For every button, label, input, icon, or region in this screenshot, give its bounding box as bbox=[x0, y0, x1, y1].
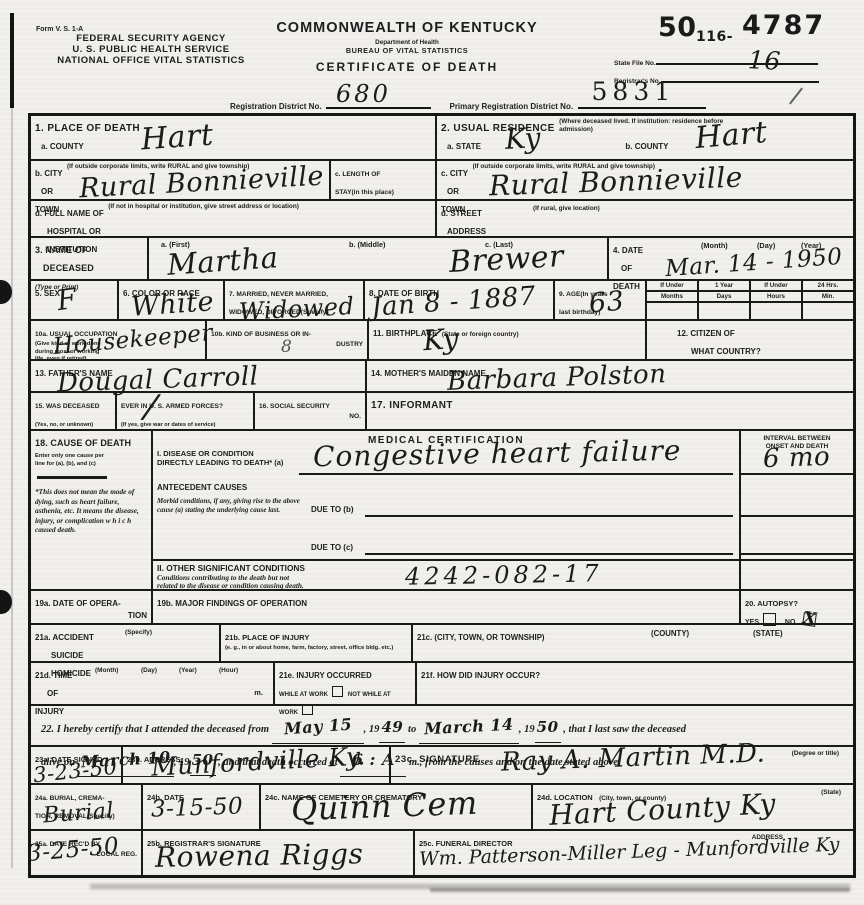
row-burial: 24a. BURIAL, CREMA- TION, REMOVAL(Specif… bbox=[31, 785, 853, 831]
state-file-label: State File No. bbox=[614, 60, 656, 67]
certify-from-value: May 15 bbox=[283, 709, 353, 746]
agency-line-3: NATIONAL OFFICE VITAL STATISTICS bbox=[36, 55, 266, 66]
due-to-b-label: DUE TO (b) bbox=[311, 505, 354, 514]
res-city-l2: OR bbox=[447, 187, 459, 196]
cell-armed-forces-1: 15. WAS DECEASED (Yes, no, or unknown) bbox=[31, 393, 117, 429]
age-subcol-min-h2: Min. bbox=[803, 292, 853, 303]
how-injury-label: 21f. HOW DID INJURY OCCUR? bbox=[421, 671, 540, 680]
cell-citizen: 12. CITIZEN OF WHAT COUNTRY? bbox=[647, 321, 853, 359]
operation-date-l1: 19a. DATE OF OPERA- bbox=[35, 599, 121, 608]
age-l1: 9. AGE(In years bbox=[559, 291, 608, 298]
dod-day-label: (Day) bbox=[757, 241, 775, 250]
interval-l2: ONSET AND DEATH bbox=[741, 443, 853, 451]
street-l1: d. STREET bbox=[441, 209, 482, 218]
row-injury-2: 21d. TIME (Month) (Day) (Year) (Hour) OF… bbox=[31, 663, 853, 706]
injury-while-label: WHILE AT WORK bbox=[279, 692, 328, 698]
birthplace-paren: (State or foreign country) bbox=[442, 331, 519, 338]
cell-medical-certification-main: MEDICAL CERTIFICATION I. DISEASE OR COND… bbox=[153, 431, 741, 589]
name-l1: 3. NAME OF bbox=[35, 245, 88, 255]
row-occupation: 10a. USUAL OCCUPATION (Give kind of work… bbox=[31, 321, 853, 361]
certify-part2: , that I last saw the deceased bbox=[563, 724, 686, 735]
operation-date-l2: TION bbox=[128, 611, 147, 621]
armed-l2: (Yes, no, or unknown) bbox=[35, 422, 93, 428]
interval-line-c bbox=[741, 553, 853, 555]
age-l2: last birthday) bbox=[559, 309, 600, 316]
primary-reg-blank: 5831 bbox=[578, 97, 706, 109]
marital-l2: WIDOWED, DIVORCED(Specify) bbox=[229, 309, 329, 316]
date-received-l2: LOCAL REG. bbox=[96, 851, 137, 859]
cell-sex: 5. SEX F bbox=[31, 281, 119, 319]
certify-part1: 22. I hereby certify that I attended the… bbox=[41, 724, 269, 735]
age-subcol-months-h2: Months bbox=[647, 292, 697, 303]
injury-occurred-label: 21e. INJURY OCCURRED bbox=[279, 671, 372, 680]
antecedent-label: ANTECEDENT CAUSES bbox=[157, 483, 247, 492]
cell-interval: INTERVAL BETWEEN ONSET AND DEATH 6 mo bbox=[741, 431, 853, 589]
armed-l3: EVER IN U. S. ARMED FORCES? bbox=[121, 403, 223, 410]
place-city-paren: (If outside corporate limits, write RURA… bbox=[67, 163, 282, 171]
form-number: Form V. S. 1-A bbox=[36, 26, 266, 33]
page-edge-line bbox=[10, 13, 14, 108]
age-subcol-months: If Under Months bbox=[647, 281, 699, 319]
certify-y2: 50 bbox=[537, 712, 559, 742]
while-at-work-checkbox bbox=[332, 686, 343, 697]
reg-district-label: Registration District No. bbox=[230, 102, 322, 111]
medical-certification-title: MEDICAL CERTIFICATION bbox=[153, 435, 739, 446]
business-l1: 10b. KIND OF BUSINESS OR IN- bbox=[211, 331, 311, 338]
row-injury-1: 21a. ACCIDENT (Specify) SUICIDE HOMICIDE… bbox=[31, 625, 853, 663]
place-injury-paren: (e. g., in or about home, farm, factory,… bbox=[225, 645, 395, 653]
stamp-4787: 4787 bbox=[742, 10, 825, 41]
birthplace-value: Ky bbox=[422, 322, 460, 357]
color-race-label: 6. COLOR OR RACE bbox=[123, 289, 200, 298]
mother-value: Barbara Polston bbox=[447, 359, 667, 397]
name-l2: DECEASED bbox=[43, 263, 94, 273]
cell-funeral-director: 25c. FUNERAL DIRECTOR ADDRESS Wm. Patter… bbox=[415, 831, 853, 875]
county-label: a. COUNTY bbox=[41, 142, 84, 151]
page-edge-line-faint bbox=[11, 108, 13, 868]
header-center: COMMONWEALTH OF KENTUCKY Department of H… bbox=[272, 20, 542, 74]
cell-usual-occupation: 10a. USUAL OCCUPATION (Give kind of work… bbox=[31, 321, 207, 359]
ssn-l1: 16. SOCIAL SECURITY bbox=[259, 403, 330, 410]
date-signed-label: 23a. DATE SIGNED bbox=[35, 755, 102, 764]
certify-y1: 49 bbox=[381, 712, 403, 742]
cemetery-value: Quinn Cem bbox=[290, 784, 478, 828]
stamp-116: 116- bbox=[696, 29, 733, 45]
age-subcol-days: 1 Year Days bbox=[699, 281, 751, 319]
cell-place-city-town: b. CITY (If outside corporate limits, wr… bbox=[31, 161, 331, 199]
other-conditions-title: II. OTHER SIGNIFICANT CONDITIONS bbox=[157, 563, 305, 573]
time-injury-month: (Month) bbox=[95, 667, 118, 675]
cell-date-of-death: 4. DATE OF DEATH (Month) (Day) (Year) Ma… bbox=[609, 238, 853, 279]
cell-kind-of-business: 10b. KIND OF BUSINESS OR IN- DUSTRY 8 bbox=[207, 321, 369, 359]
age-subcol-days-h2: Days bbox=[699, 292, 749, 303]
length-stay-l1: c. LENGTH OF bbox=[335, 171, 380, 178]
dept-of-health: Department of Health bbox=[272, 39, 542, 46]
cell-injury-occurred: 21e. INJURY OCCURRED WHILE AT WORK NOT W… bbox=[275, 663, 417, 704]
certify-from-blank: May 15 bbox=[272, 711, 364, 744]
cause-note2: *This does not mean the mode of dying, s… bbox=[35, 487, 139, 534]
cell-color-race: 6. COLOR OR RACE White bbox=[119, 281, 225, 319]
row-place-residence-1: 1. PLACE OF DEATH a. COUNTY Hart 2. USUA… bbox=[31, 116, 853, 161]
burial-l2: TION, REMOVAL(Specify) bbox=[35, 813, 115, 820]
certificate-of-death: CERTIFICATE OF DEATH bbox=[272, 60, 542, 74]
cell-accident-suicide: 21a. ACCIDENT (Specify) SUICIDE HOMICIDE bbox=[31, 625, 221, 661]
dod-year-label: (Year) bbox=[801, 241, 821, 250]
burial-l1: 24a. BURIAL, CREMA- bbox=[35, 795, 105, 802]
hospital-l2: HOSPITAL OR bbox=[47, 227, 101, 236]
cause-note1: Enter only one cause per line for (a), (… bbox=[35, 453, 113, 468]
row-place-residence-3: d. FULL NAME OF (If not in hospital or i… bbox=[31, 201, 853, 238]
street-l2: ADDRESS bbox=[447, 227, 486, 236]
cell-name-of-deceased-label: 3. NAME OF DECEASED (Type or Print) bbox=[31, 238, 149, 279]
row-signed: 23a. DATE SIGNED 3-23-50 23b. ADDRESS Mu… bbox=[31, 747, 853, 785]
line-cause-a bbox=[299, 473, 733, 475]
time-injury-l2: OF bbox=[47, 689, 58, 698]
cell-informant: 17. INFORMANT bbox=[367, 393, 853, 429]
cell-date-of-operation: 19a. DATE OF OPERA- TION bbox=[31, 591, 153, 623]
business-l2: DUSTRY bbox=[336, 341, 363, 349]
date-received-l1: 25a. DATE REC'D BY bbox=[35, 841, 100, 848]
age-subcol-hours: If Under Hours bbox=[751, 281, 803, 319]
residence-county-label: b. COUNTY bbox=[625, 142, 668, 151]
last-name-label: c. (Last) bbox=[485, 240, 513, 249]
cell-date-received: 25a. DATE REC'D BY LOCAL REG. 3-25-50 bbox=[31, 831, 143, 875]
cell-length-of-stay: c. LENGTH OF STAY(in this place) bbox=[331, 161, 437, 199]
stamp-50: 50 bbox=[658, 12, 697, 43]
cell-burial-type: 24a. BURIAL, CREMA- TION, REMOVAL(Specif… bbox=[31, 785, 143, 829]
usual-residence-title: 2. USUAL RESIDENCE bbox=[441, 123, 555, 134]
res-city-l1: c. CITY bbox=[441, 169, 468, 178]
cell-father-name: 13. FATHER'S NAME Dougal Carroll bbox=[31, 361, 367, 391]
line-cause-b bbox=[365, 515, 733, 517]
cell-certify-statement: 22. I hereby certify that I attended the… bbox=[31, 706, 853, 745]
accident-paren: (Specify) bbox=[125, 629, 152, 637]
autopsy-label: 20. AUTOPSY? bbox=[745, 599, 798, 608]
informant-label: 17. INFORMANT bbox=[371, 400, 453, 411]
row-medical-certification: 18. CAUSE OF DEATH Enter only one cause … bbox=[31, 431, 853, 591]
res-city-paren: (If outside corporate limits, write RURA… bbox=[473, 163, 703, 171]
citizen-l1: 12. CITIZEN OF bbox=[677, 329, 735, 339]
row-name-deceased: 3. NAME OF DECEASED (Type or Print) a. (… bbox=[31, 238, 853, 281]
row-operation-autopsy: 19a. DATE OF OPERA- TION 19b. MAJOR FIND… bbox=[31, 591, 853, 625]
agency-line-1: FEDERAL SECURITY AGENCY bbox=[36, 33, 266, 44]
cell-autopsy: 20. AUTOPSY? YES NO X bbox=[741, 591, 853, 623]
certify-y1-blank: 49 bbox=[379, 712, 405, 743]
pen-slash-mark bbox=[789, 88, 803, 105]
injury-city-label: 21c. (CITY, TOWN, OR TOWNSHIP) bbox=[417, 633, 545, 642]
cell-cause-of-death-side: 18. CAUSE OF DEATH Enter only one cause … bbox=[31, 431, 153, 589]
marital-l1: 7. MARRIED, NEVER MARRIED, bbox=[229, 291, 328, 298]
cell-date-of-birth: 8. DATE OF BIRTH Jan 8 - 1887 bbox=[365, 281, 555, 319]
cell-registrar-signature: 25b. REGISTRAR'S SIGNATURE Rowena Riggs bbox=[143, 831, 415, 875]
place-city-l2: OR bbox=[41, 187, 53, 196]
cemetery-label: 24c. NAME OF CEMETERY OR CREMATORY bbox=[265, 793, 422, 802]
hospital-l1: d. FULL NAME OF bbox=[35, 209, 104, 218]
cell-injury-city: 21c. (CITY, TOWN, OR TOWNSHIP) (COUNTY) … bbox=[413, 625, 853, 661]
residence-state-label: a. STATE bbox=[447, 142, 481, 151]
burial-date-label: 24b. DATE bbox=[147, 793, 184, 802]
registrar-no-label: Registrar's No. bbox=[614, 78, 661, 85]
cell-ssn: 16. SOCIAL SECURITY NO. bbox=[255, 393, 367, 429]
business-value: 8 bbox=[281, 337, 292, 357]
cell-name-fields: a. (First) b. (Middle) c. (Last) Martha … bbox=[149, 238, 609, 279]
time-injury-year: (Year) bbox=[179, 667, 197, 675]
funeral-director-label: 25c. FUNERAL DIRECTOR bbox=[419, 839, 513, 848]
age-subcol-hours-h1: If Under bbox=[751, 281, 801, 292]
state-file-blank bbox=[656, 54, 818, 65]
signature-label: 23c. SIGNATURE bbox=[395, 754, 480, 765]
other-conditions-value: 4242-082-17 bbox=[405, 559, 603, 590]
primary-reg-label: Primary Registration District No. bbox=[449, 102, 573, 111]
street-paren: (If rural, give location) bbox=[533, 205, 600, 213]
physician-address-value: Munfordville Ky. bbox=[150, 741, 366, 781]
cell-mother-name: 14. MOTHER'S MAIDEN NAME Barbara Polston bbox=[367, 361, 853, 391]
time-injury-day: (Day) bbox=[141, 667, 157, 675]
certify-to-word: to bbox=[408, 724, 416, 735]
interval-line-b bbox=[741, 515, 853, 517]
cell-major-findings: 19b. MAJOR FINDINGS OF OPERATION bbox=[153, 591, 741, 623]
row-certify-statement: 22. I hereby certify that I attended the… bbox=[31, 706, 853, 747]
header-left: Form V. S. 1-A FEDERAL SECURITY AGENCY U… bbox=[36, 26, 266, 66]
row-place-residence-2: b. CITY (If outside corporate limits, wr… bbox=[31, 161, 853, 201]
funeral-director-address-label: ADDRESS bbox=[752, 834, 783, 842]
cell-burial-location: 24d. LOCATION (City, town, or county) (S… bbox=[533, 785, 853, 829]
certify-y2-blank: 50 bbox=[535, 712, 561, 743]
dod-month-label: (Month) bbox=[701, 241, 728, 250]
sex-value: F bbox=[55, 282, 79, 317]
usual-residence-paren: (Where deceased lived. If institution: r… bbox=[559, 118, 749, 135]
sex-label: 5. SEX bbox=[35, 289, 60, 298]
injury-county-label: (COUNTY) bbox=[651, 629, 689, 639]
county-value: Hart bbox=[140, 118, 215, 158]
age-subcol-months-h1: If Under bbox=[647, 281, 697, 292]
cause-divider bbox=[37, 476, 107, 479]
bureau-vital-stats: BUREAU OF VITAL STATISTICS bbox=[272, 46, 542, 55]
accident-l2: SUICIDE bbox=[51, 651, 83, 660]
dod-l1: 4. DATE bbox=[613, 246, 643, 255]
row-parents: 13. FATHER'S NAME Dougal Carroll 14. MOT… bbox=[31, 361, 853, 393]
cell-signature: 23c. SIGNATURE (Degree or title) Ray A. … bbox=[391, 747, 853, 783]
citizen-l2: WHAT COUNTRY? bbox=[691, 347, 761, 357]
other-conditions-note2: related to the disease or condition caus… bbox=[157, 581, 304, 590]
interval-l1: INTERVAL BETWEEN bbox=[741, 435, 853, 443]
hospital-paren: (If not in hospital or institution, give… bbox=[108, 203, 388, 211]
age-subcol-min: 24 Hrs. Min. bbox=[803, 281, 853, 319]
time-injury-m: m. bbox=[254, 688, 263, 698]
place-injury-l1: 21b. PLACE OF INJURY bbox=[225, 633, 309, 642]
cell-street-address: d. STREET (If rural, give location) ADDR… bbox=[437, 201, 853, 236]
cell-time-of-injury: 21d. TIME (Month) (Day) (Year) (Hour) OF… bbox=[31, 663, 275, 704]
location-paren2: (State) bbox=[821, 789, 841, 797]
cell-date-signed: 23a. DATE SIGNED 3-23-50 bbox=[31, 747, 123, 783]
dod-l2: OF bbox=[621, 264, 632, 273]
cell-burial-date: 24b. DATE 3-15-50 bbox=[143, 785, 261, 829]
row-sex-age: 5. SEX F 6. COLOR OR RACE White 7. MARRI… bbox=[31, 281, 853, 321]
first-name-label: a. (First) bbox=[161, 240, 190, 249]
row-armed-forces: 15. WAS DECEASED (Yes, no, or unknown) E… bbox=[31, 393, 853, 431]
time-injury-l1: 21d. TIME bbox=[35, 671, 72, 680]
cell-place-of-death-county: 1. PLACE OF DEATH a. COUNTY Hart bbox=[31, 116, 437, 159]
age-subcol-hours-h2: Hours bbox=[751, 292, 801, 303]
due-to-c-label: DUE TO (c) bbox=[311, 543, 353, 552]
ssn-l2: NO. bbox=[349, 413, 361, 421]
line-cause-c bbox=[365, 553, 733, 555]
armed-l1: 15. WAS DECEASED bbox=[35, 403, 100, 410]
cell-residence-city-town: c. CITY (If outside corporate limits, wr… bbox=[437, 161, 853, 199]
length-stay-l2: STAY(in this place) bbox=[335, 189, 394, 196]
certify-to-blank: March 14 bbox=[419, 711, 519, 744]
cell-physician-address: 23b. ADDRESS Munfordville Ky. bbox=[123, 747, 391, 783]
disease-l2: DIRECTLY LEADING TO DEATH* (a) bbox=[157, 458, 283, 467]
bottom-smear-2 bbox=[430, 888, 850, 892]
armed-l4: (If yes, give war or dates of service) bbox=[121, 422, 216, 428]
injury-state-label: (STATE) bbox=[753, 629, 783, 639]
row-registrar: 25a. DATE REC'D BY LOCAL REG. 3-25-50 25… bbox=[31, 831, 853, 875]
cell-cemetery-name: 24c. NAME OF CEMETERY OR CREMATORY Quinn… bbox=[261, 785, 533, 829]
morbid-note: Morbid conditions, if any, giving rise t… bbox=[157, 497, 305, 515]
cell-how-injury: 21f. HOW DID INJURY OCCUR? bbox=[417, 663, 853, 704]
physician-address-label: 23b. ADDRESS bbox=[127, 755, 181, 764]
disease-l1: I. DISEASE OR CONDITION bbox=[157, 449, 254, 458]
death-certificate-scan: Form V. S. 1-A FEDERAL SECURITY AGENCY U… bbox=[0, 0, 864, 905]
location-label: 24d. LOCATION bbox=[537, 793, 593, 802]
age-subcol-min-h1: 24 Hrs. bbox=[803, 281, 853, 292]
occupation-label: 10a. USUAL OCCUPATION bbox=[35, 331, 117, 338]
major-findings-label: 19b. MAJOR FINDINGS OF OPERATION bbox=[157, 599, 307, 608]
place-of-death-title: 1. PLACE OF DEATH bbox=[35, 123, 140, 134]
registration-line: Registration District No. 680 Primary Re… bbox=[230, 96, 706, 114]
father-label: 13. FATHER'S NAME bbox=[35, 369, 113, 378]
cell-marital-status: 7. MARRIED, NEVER MARRIED, WIDOWED, DIVO… bbox=[225, 281, 365, 319]
cell-age: 9. AGE(In years last birthday) 63 bbox=[555, 281, 647, 319]
registrar-no-blank bbox=[661, 72, 819, 83]
reg-district-value: 680 bbox=[336, 80, 391, 108]
accident-l1: 21a. ACCIDENT bbox=[35, 633, 94, 642]
cell-birthplace: 11. BIRTHPLACE (State or foreign country… bbox=[369, 321, 647, 359]
reg-district-blank: 680 bbox=[326, 97, 431, 109]
dob-label: 8. DATE OF BIRTH bbox=[369, 289, 439, 298]
cell-hospital-name: d. FULL NAME OF (If not in hospital or i… bbox=[31, 201, 437, 236]
cell-usual-residence: 2. USUAL RESIDENCE (Where deceased lived… bbox=[437, 116, 853, 159]
certify-pre19a: , 19 bbox=[364, 724, 380, 735]
age-subcol-days-h1: 1 Year bbox=[699, 281, 749, 292]
agency-line-2: U. S. PUBLIC HEALTH SERVICE bbox=[36, 44, 266, 55]
location-paren1: (City, town, or county) bbox=[599, 795, 666, 802]
cause-title: 18. CAUSE OF DEATH bbox=[35, 438, 131, 448]
place-city-l1: b. CITY bbox=[35, 169, 63, 178]
date-received-value: 3-25-50 bbox=[26, 833, 120, 867]
certify-to-value: March 14 bbox=[423, 709, 514, 746]
signature-degree-paren: (Degree or title) bbox=[792, 750, 839, 758]
certify-pre19b: , 19 bbox=[519, 724, 535, 735]
certificate-form: 1. PLACE OF DEATH a. COUNTY Hart 2. USUA… bbox=[28, 113, 856, 878]
time-injury-hour: (Hour) bbox=[219, 667, 238, 675]
registrar-signature-label: 25b. REGISTRAR'S SIGNATURE bbox=[147, 839, 261, 848]
cell-place-of-injury: 21b. PLACE OF INJURY (e. g., in or about… bbox=[221, 625, 413, 661]
mother-label: 14. MOTHER'S MAIDEN NAME bbox=[371, 369, 486, 378]
dob-value: Jan 8 - 1887 bbox=[370, 281, 537, 322]
commonwealth-title: COMMONWEALTH OF KENTUCKY bbox=[272, 20, 542, 36]
interval-line-a bbox=[741, 473, 853, 475]
cell-armed-forces-2: EVER IN U. S. ARMED FORCES? (If yes, giv… bbox=[117, 393, 255, 429]
middle-name-label: b. (Middle) bbox=[349, 240, 385, 249]
birthplace-label: 11. BIRTHPLACE bbox=[373, 329, 437, 338]
